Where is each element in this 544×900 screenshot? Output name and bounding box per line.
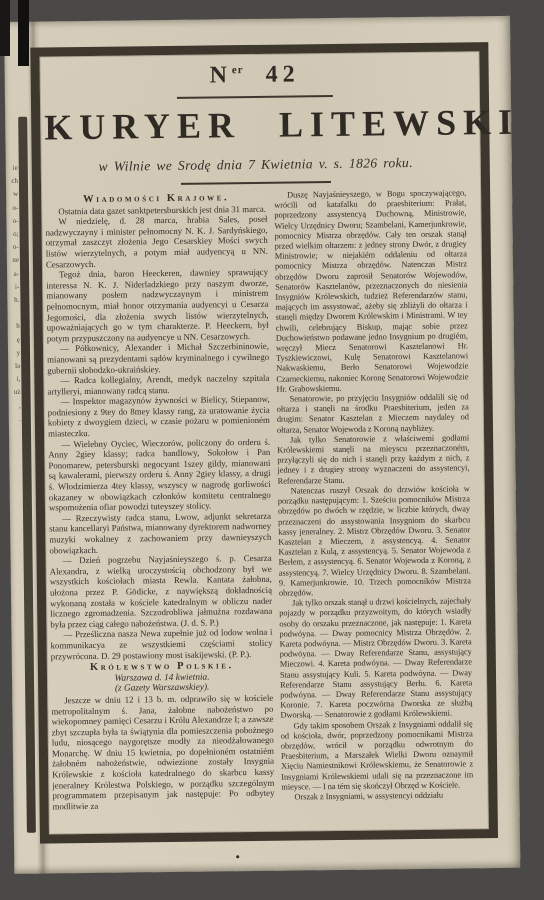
article-paragraph: — Półkownicy, Alexander i Michał Szczerb… (47, 341, 269, 375)
article-paragraph: Duszę Nayjaśnieyszego, w Bogu spoczywają… (274, 188, 468, 394)
issue-number: Ner 42 (44, 59, 466, 91)
issue-ordinal-suffix: er (232, 64, 244, 76)
printed-border-frame: Ner 42 KURYER LITEWSKI w Wilnie we Srodę… (30, 42, 498, 844)
article-paragraph: — Rzeczywisty radca stanu, Lwow, adjunkt… (49, 511, 272, 556)
issue-digits: 42 (266, 61, 300, 87)
article-paragraph: Jak tylko orszak stanął u drzwi kościeln… (279, 596, 472, 721)
article-paragraph: W niedzielę, d. 28 marca, hrabia Sales, … (45, 214, 268, 270)
article-paragraph: Natenczas ruszył Orszak do drzwiów kości… (278, 484, 471, 599)
masthead-rule-bottom (181, 181, 331, 185)
ink-speck (236, 855, 239, 858)
binding-ribbon (18, 0, 29, 66)
article-paragraph: Tegoż dnia, baron Heeckeren, dawniey spr… (46, 267, 269, 344)
newspaper-page: ie ch w o- o- o; o- ne a- i- h. h ę y la… (4, 16, 520, 874)
article-paragraph: Jak tylko Senatorowie z właściwemi godła… (277, 433, 470, 486)
news-column-left: Wiadomości Krajowe. Ostatnia data gazet … (45, 191, 275, 810)
newspaper-title: KURYER LITEWSKI (44, 101, 466, 148)
article-paragraph: Senatorowie, po przyjęciu Insygniów odda… (277, 392, 469, 435)
article-paragraph: Gdy takim sposobem Orszak z Insygniami o… (281, 719, 474, 793)
article-paragraph: Jeszcze w dniu 12 i 13 b. m. odprawiło s… (51, 693, 274, 810)
article-paragraph: — Radca kollegialny, Arendt, medyk nacze… (47, 373, 269, 397)
masthead-rule-top (177, 95, 333, 99)
article-columns: Wiadomości Krajowe. Ostatnia data gazet … (45, 188, 474, 809)
article-paragraph: — Inspektor magazynów żywności w Bielicy… (48, 394, 271, 439)
article-paragraph: — Wielebny Oyciec, Wieczorów, policzony … (48, 436, 271, 513)
article-paragraph: Orszak z Insygniami, w assystencyi oddzi… (281, 790, 473, 803)
issue-dateline: w Wilnie we Srodę dnia 7 Kwietnia v. s. … (45, 154, 467, 175)
article-paragraph: — Dzień pogrzebu Nayjaśnieyszego ś. p. C… (50, 553, 273, 630)
article-paragraph: — Prześliczna nasza Newa zupełnie już od… (50, 627, 272, 661)
binding-notch (0, 0, 10, 56)
scan-background: { "masthead": { "issue_letter": "N", "is… (0, 0, 544, 900)
issue-letter: N (209, 62, 232, 88)
news-column-right: Duszę Nayjaśnieyszego, w Bogu spoczywają… (274, 188, 474, 806)
